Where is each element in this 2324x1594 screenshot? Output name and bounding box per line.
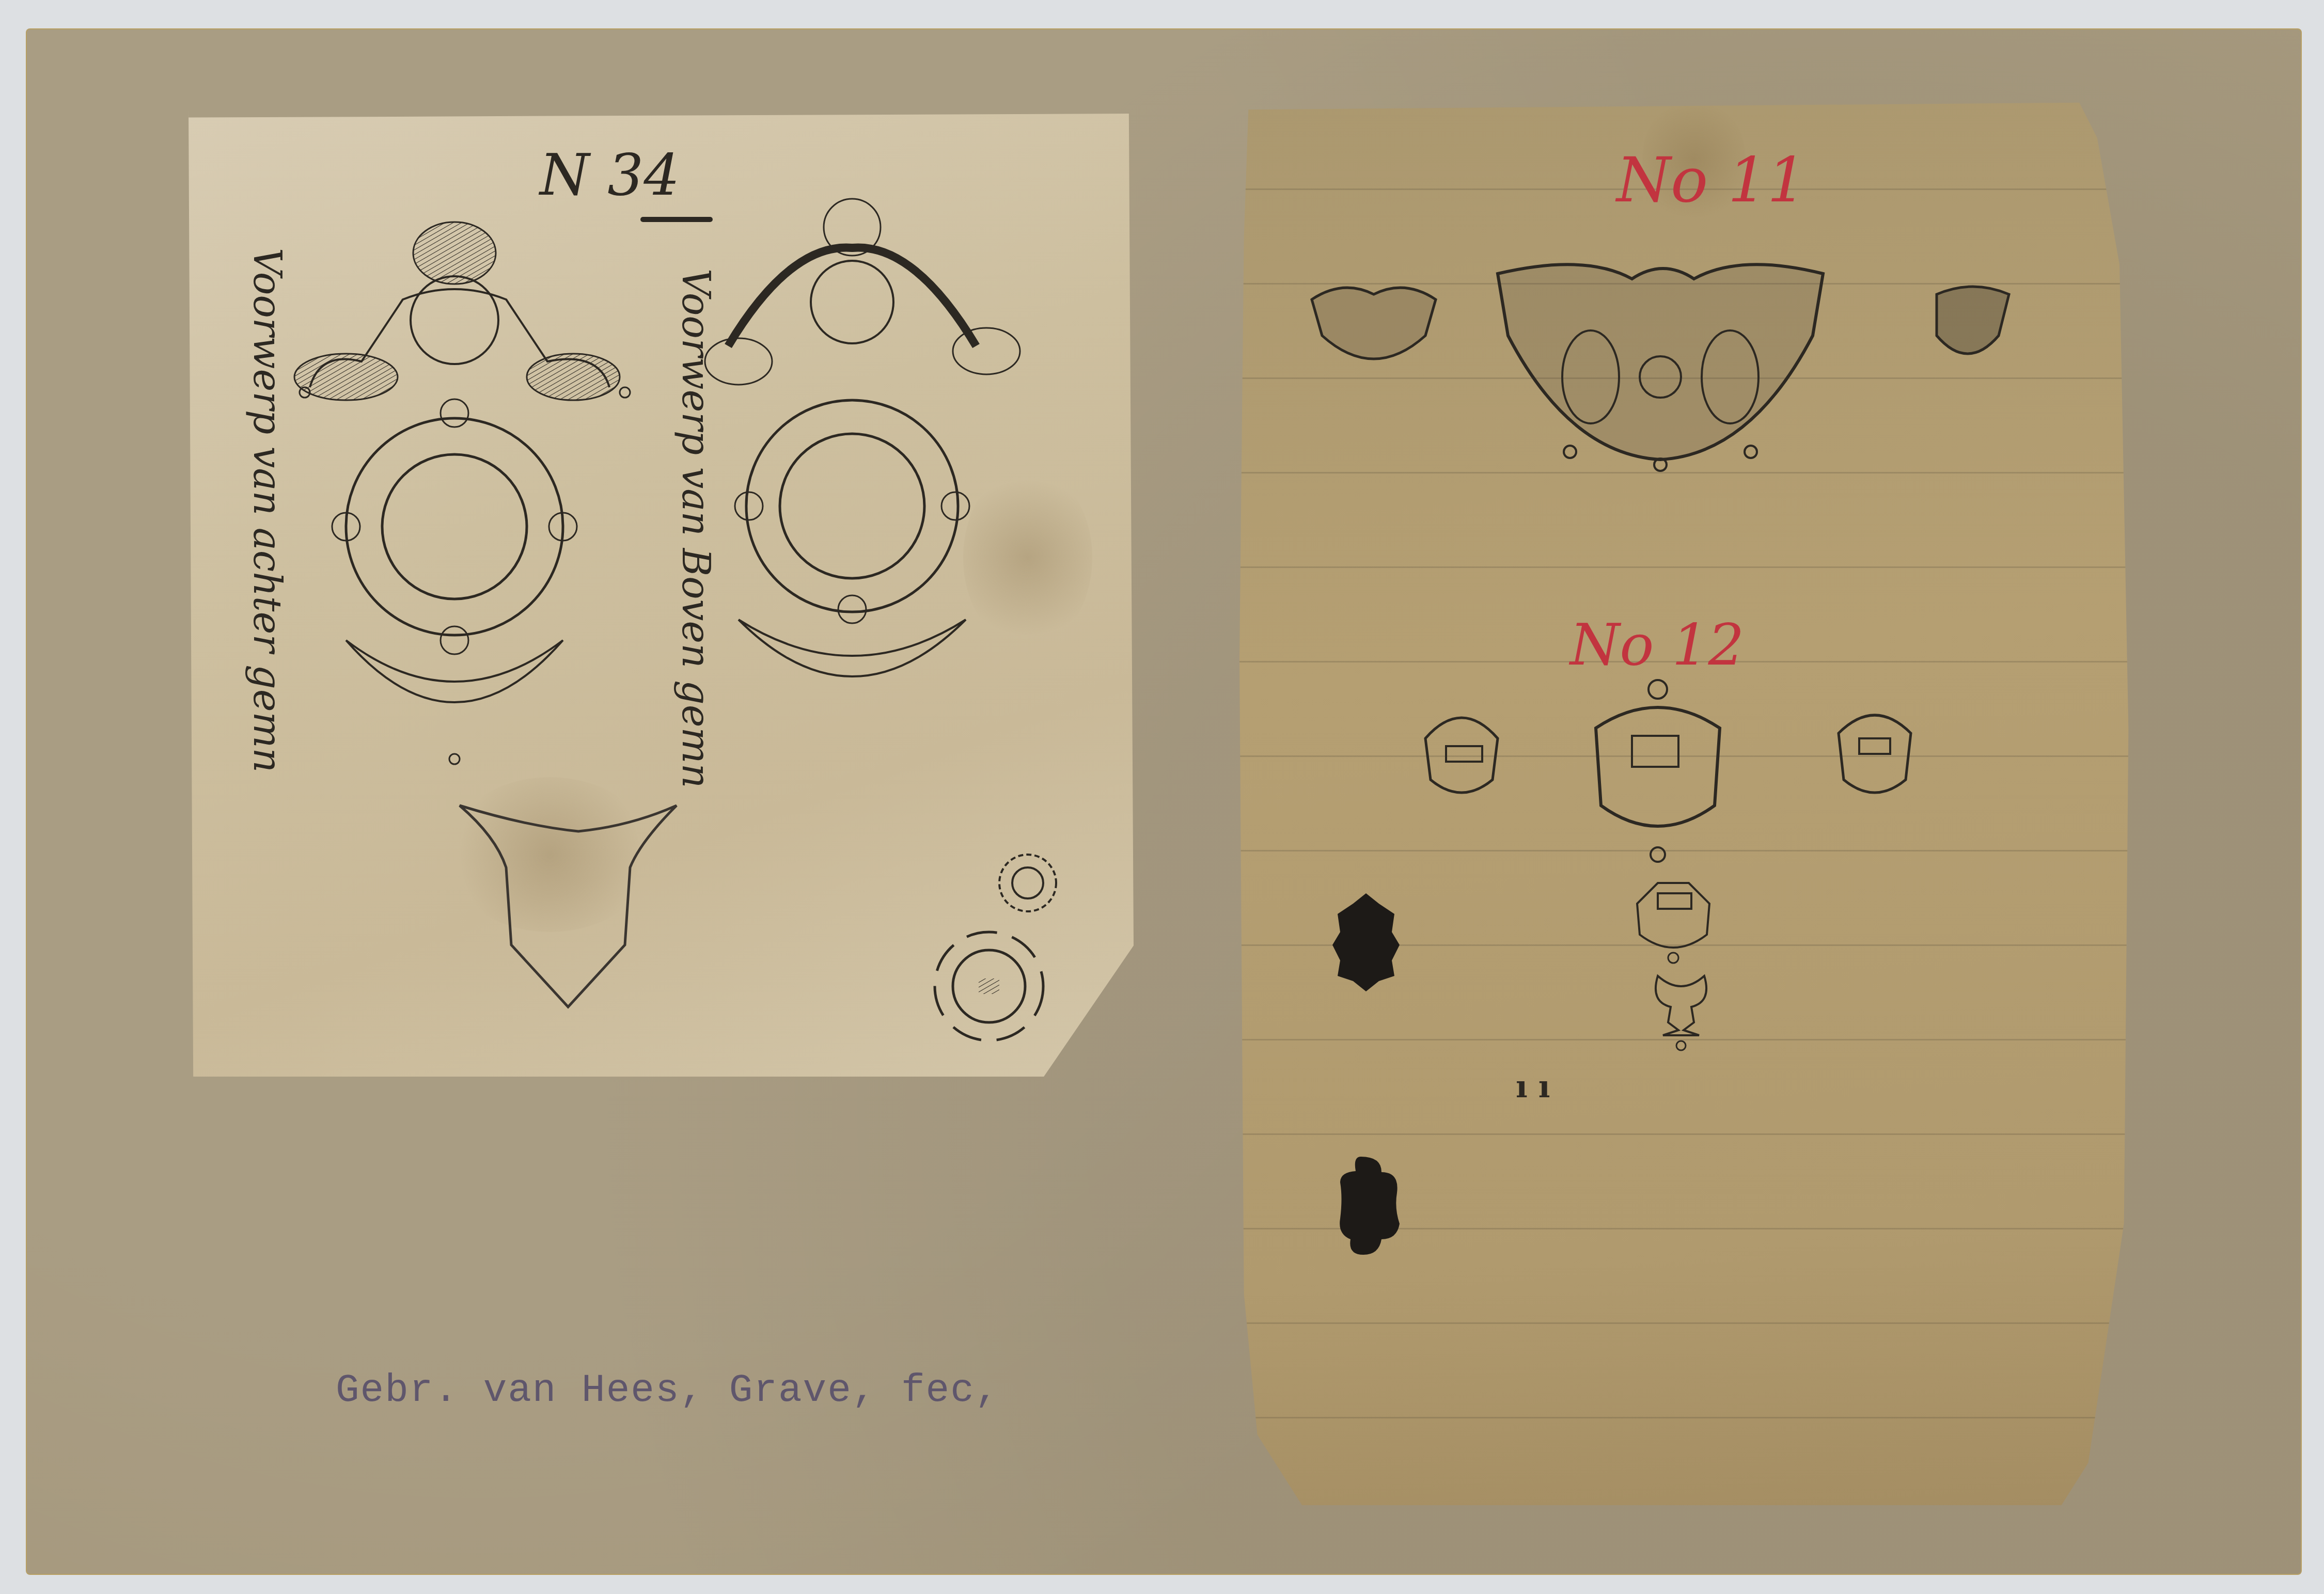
scalloped-rosette <box>992 847 1064 919</box>
clover-silhouette <box>1338 1157 1400 1255</box>
scalloped-oval-silhouette <box>1332 893 1400 991</box>
brooch-row-11 <box>1301 258 2128 475</box>
pendant-drawing-arched <box>687 191 1038 738</box>
vertical-annotation-back: Voorwerp van achter gemn <box>245 248 289 772</box>
sheet-number-label: N 34 <box>540 142 680 208</box>
pattern-number-11: No 11 <box>1616 145 1807 216</box>
shield-outline-drawing <box>454 795 687 1028</box>
pendant-drawing-hatched <box>289 217 640 775</box>
urn-pendant <box>1647 971 1715 1053</box>
maker-caption: Gebr. van Hees, Grave, fec, <box>336 1368 999 1413</box>
basket-pendant <box>1629 878 1717 966</box>
brooch-row-12 <box>1410 676 2030 873</box>
tick-marks: ı ı <box>1516 1069 1550 1105</box>
pattern-number-12: No 12 <box>1570 612 1744 678</box>
petal-rosette <box>930 929 1054 1053</box>
